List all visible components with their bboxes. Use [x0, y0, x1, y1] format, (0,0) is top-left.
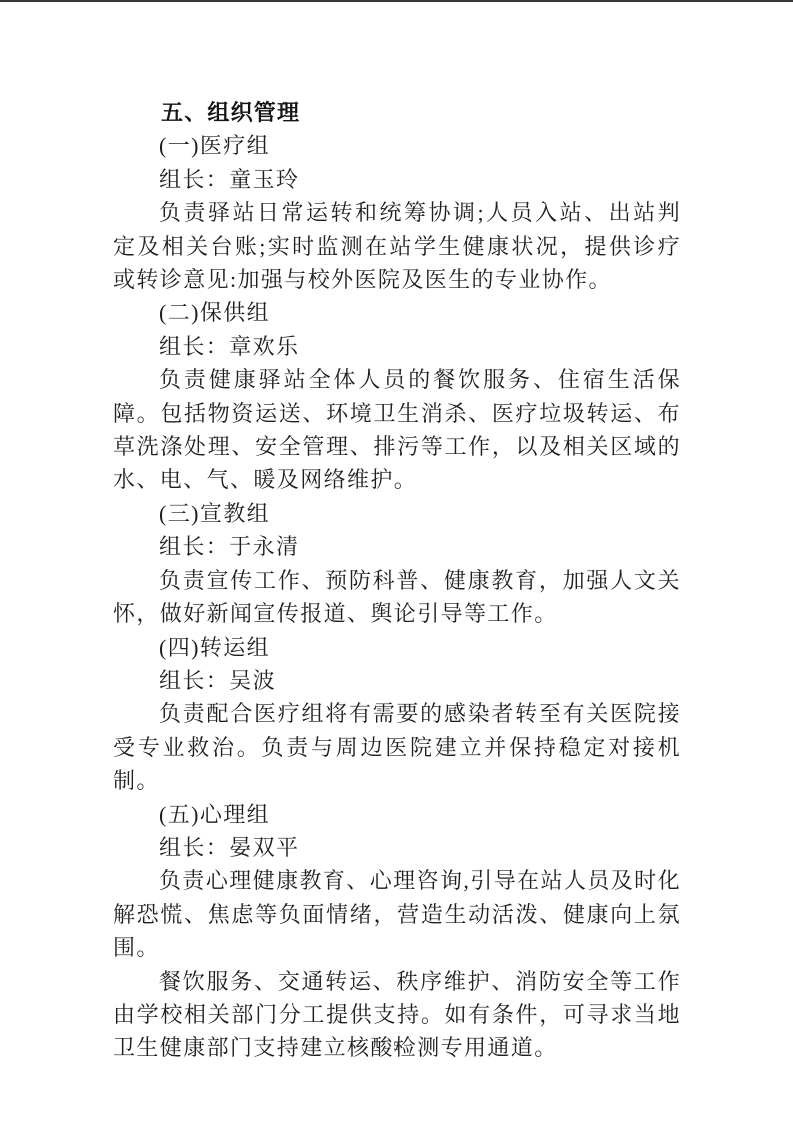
subsection-title-publicity: (三)宣教组	[113, 497, 681, 530]
group-leader-psychology: 组长：晏双平	[113, 831, 681, 864]
group-duties-supply: 负责健康驿站全体人员的餐饮服务、住宿生活保障。包括物资运送、环境卫生消杀、医疗垃…	[113, 363, 681, 497]
group-leader-medical: 组长：童玉玲	[113, 163, 681, 196]
group-duties-transfer: 负责配合医疗组将有需要的感染者转至有关医院接受专业救治。负责与周边医院建立并保持…	[113, 697, 681, 797]
group-duties-publicity: 负责宣传工作、预防科普、健康教育，加强人文关怀，做好新闻宣传报道、舆论引导等工作…	[113, 564, 681, 631]
group-duties-psychology: 负责心理健康教育、心理咨询,引导在站人员及时化解恐慌、焦虑等负面情绪，营造生动活…	[113, 864, 681, 964]
group-duties-medical: 负责驿站日常运转和统筹协调;人员入站、出站判定及相关台账;实时监测在站学生健康状…	[113, 196, 681, 296]
group-leader-publicity: 组长：于永清	[113, 530, 681, 563]
subsection-title-supply: (二)保供组	[113, 296, 681, 329]
subsection-title-transfer: (四)转运组	[113, 631, 681, 664]
section-heading: 五、组织管理	[113, 96, 681, 129]
group-leader-transfer: 组长：吴波	[113, 664, 681, 697]
subsection-title-psychology: (五)心理组	[113, 798, 681, 831]
group-leader-supply: 组长：章欢乐	[113, 330, 681, 363]
page-content: 五、组织管理 (一)医疗组 组长：童玉玲 负责驿站日常运转和统筹协调;人员入站、…	[113, 96, 681, 1065]
subsection-title-medical: (一)医疗组	[113, 129, 681, 162]
page-number: 5	[0, 1038, 793, 1054]
document-page: 五、组织管理 (一)医疗组 组长：童玉玲 负责驿站日常运转和统筹协调;人员入站、…	[0, 0, 793, 1122]
